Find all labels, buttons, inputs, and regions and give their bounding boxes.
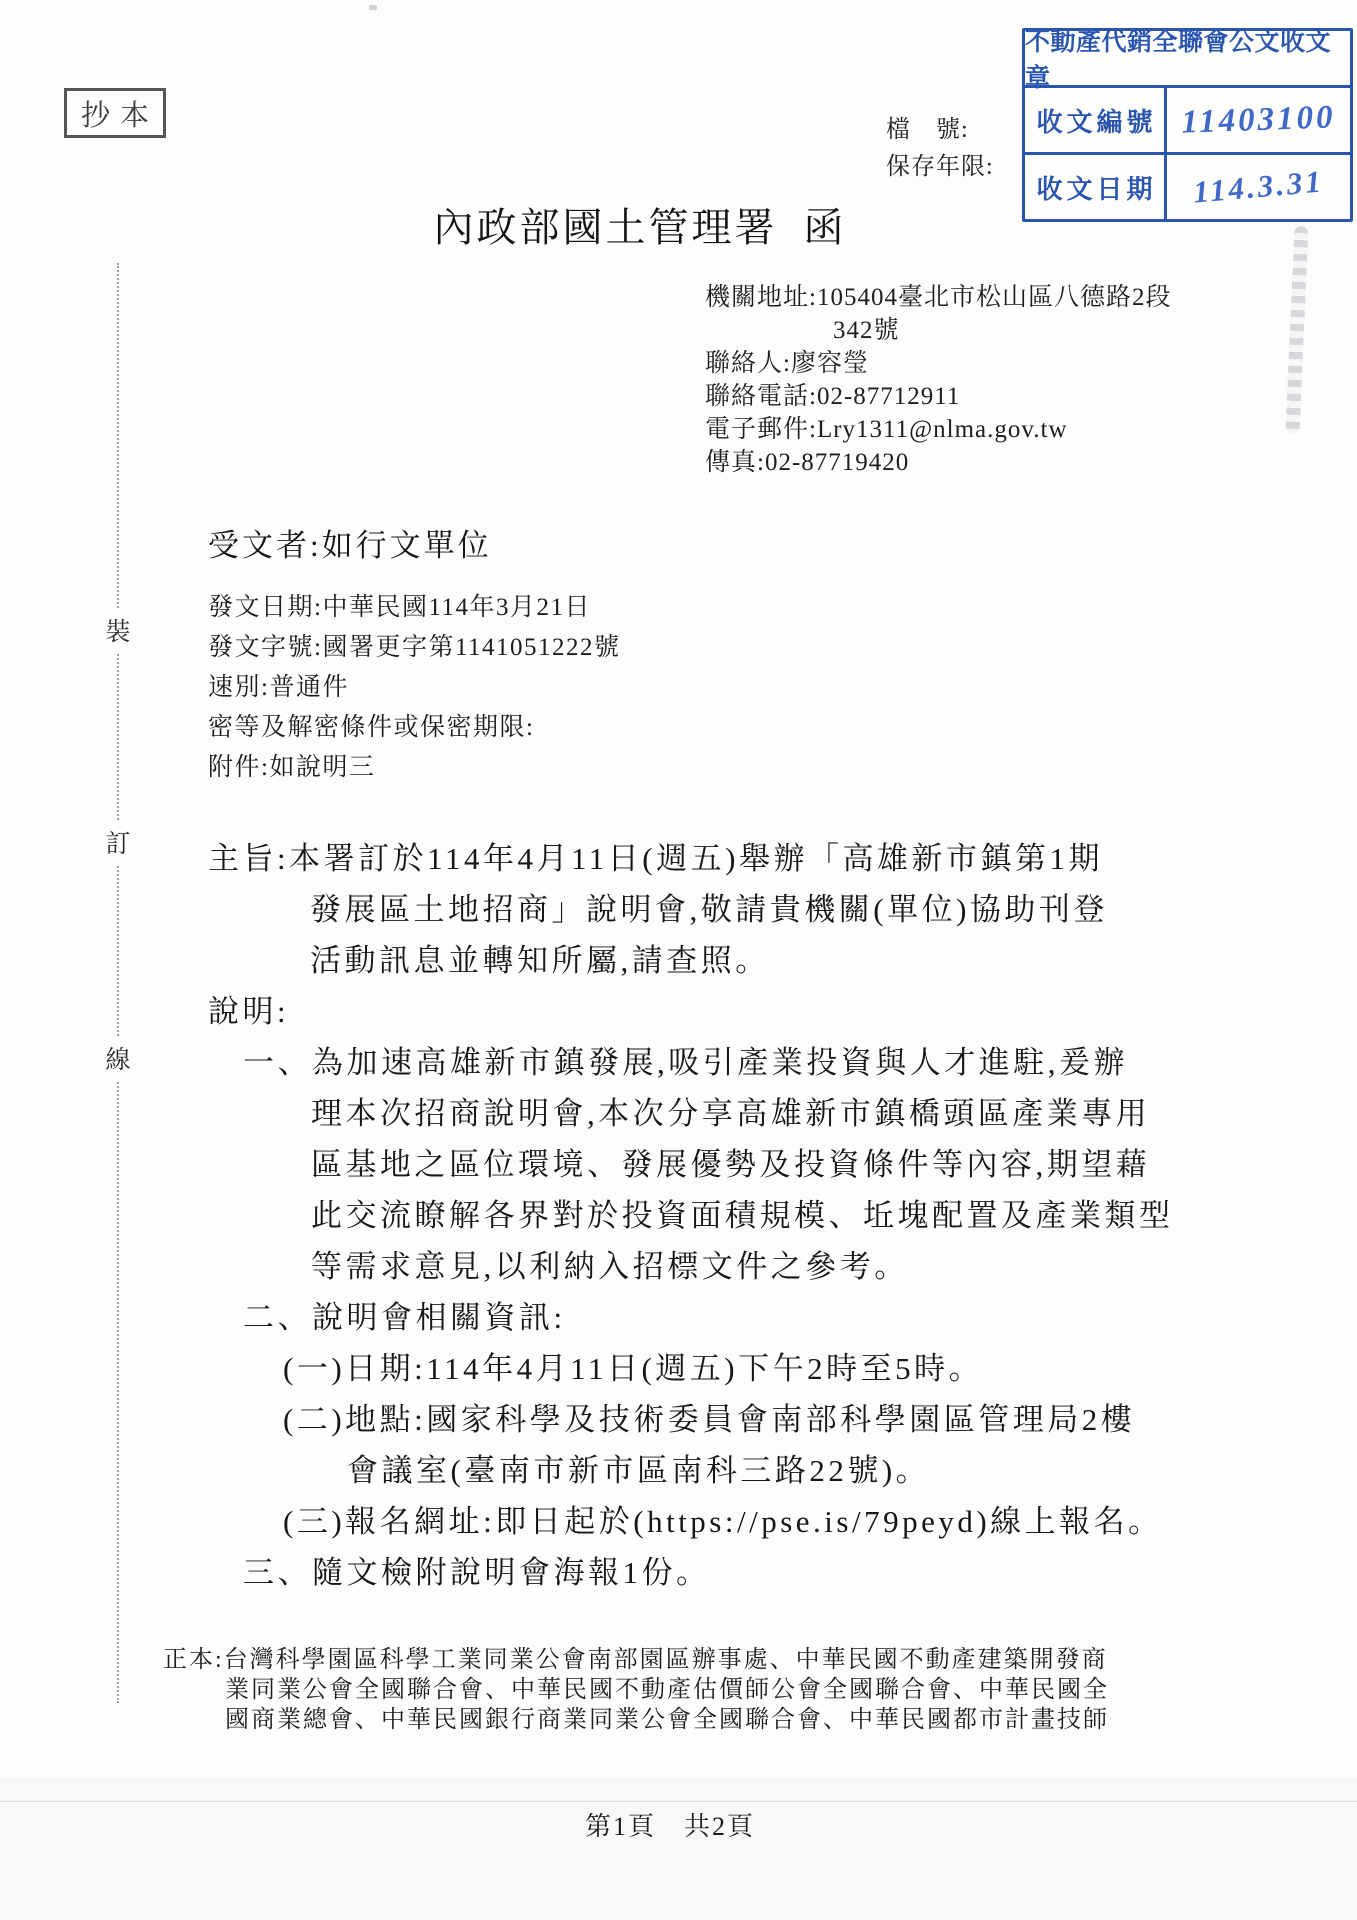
recipient-line: 受文者:如行文單位 [208,520,492,565]
contact-phone-line: 聯絡電話:02-87712911 [705,380,1171,413]
contact-fax-line: 傳真:02-87719420 [705,446,1171,479]
agency-address-line2: 342號 [833,314,1171,347]
binding-mark-ding: 訂 [103,820,133,864]
receipt-stamp-row: 收文日期 114.3.31 [1025,152,1350,219]
page-number-footer: 第1頁 共2頁 [585,1806,755,1843]
explanation-item-1: 一、為加速高雄新市鎮發展,吸引產業投資與人才進駐,爰辦 理本次招商說明會,本次分… [243,1037,1174,1292]
copy-stamp: 抄本 [64,88,166,138]
issuing-agency-name: 內政部國土管理署 [434,205,778,250]
issue-date-line: 發文日期:中華民國114年3月21日 [208,588,621,628]
agency-contact-block: 機關地址:105404臺北市松山區八德路2段 342號 聯絡人:廖容瑩 聯絡電話… [705,281,1171,479]
receipt-stamp-title: 不動產代銷全聯會公文收文章 [1025,31,1350,88]
receipt-number-label: 收文編號 [1025,88,1167,152]
copy-stamp-label: 抄本 [81,93,159,134]
retention-label: 保存年限: [886,149,994,186]
speed-class-line: 速別:普通件 [208,668,621,708]
explanation-item-2: 二、說明會相關資訊: [243,1292,1174,1343]
agency-address-line1: 機關地址:105404臺北市松山區八德路2段 [705,281,1171,314]
faint-ink-smudge [1285,226,1308,434]
contact-email-line: 電子郵件:Lry1311@nlma.gov.tw [705,413,1171,446]
security-class-line: 密等及解密條件或保密期限: [208,708,621,748]
original-recipients-paragraph: 正本:台灣科學園區科學工業同業公會南部園區辦事處、中華民國不動產建築開發商 業同… [163,1645,1109,1735]
explanation-subitem-registration-url: (三)報名網址:即日起於(https://pse.is/79peyd)線上報名。 [283,1496,1174,1547]
doc-number-line: 發文字號:國署更字第1141051222號 [208,628,621,668]
receipt-stamp: 不動產代銷全聯會公文收文章 收文編號 11403100 收文日期 114.3.3… [1022,28,1353,222]
binding-dashed-line [117,263,119,1703]
subject-paragraph: 主旨:本署訂於114年4月11日(週五)舉辦「高雄新市鎮第1期 發展區土地招商」… [208,833,1174,986]
footer-divider-line [0,1801,1357,1802]
receipt-date-handwritten: 114.3.31 [1165,147,1353,227]
explanation-subitem-date: (一)日期:114年4月11日(週五)下午2時至5時。 [283,1343,1174,1394]
binding-mark-xian: 線 [103,1036,133,1080]
document-type-label: 函 [804,205,847,250]
receipt-stamp-row: 收文編號 11403100 [1025,88,1350,152]
explanation-heading: 說明: [208,986,1174,1037]
scan-bottom-shade [0,1778,1357,1920]
scanned-official-letter-page: 抄本 檔 號: 保存年限: 不動產代銷全聯會公文收文章 收文編號 1140310… [0,0,1357,1920]
scan-speck [369,5,377,10]
attachment-line: 附件:如說明三 [208,748,621,788]
file-labels: 檔 號: 保存年限: [886,112,994,186]
binding-mark-zhuang: 裝 [103,608,133,652]
receipt-number-handwritten: 11403100 [1166,85,1351,155]
document-title: 內政部國土管理署函 [340,196,940,253]
receipt-date-label: 收文日期 [1025,155,1167,219]
document-meta-block: 發文日期:中華民國114年3月21日 發文字號:國署更字第1141051222號… [208,588,621,788]
explanation-item-3: 三、隨文檢附說明會海報1份。 [243,1547,1174,1598]
file-no-label: 檔 號: [886,112,994,149]
contact-person-line: 聯絡人:廖容瑩 [705,347,1171,380]
explanation-subitem-location: (二)地點:國家科學及技術委員會南部科學園區管理局2樓 會議室(臺南市新市區南科… [283,1394,1174,1496]
letter-body: 主旨:本署訂於114年4月11日(週五)舉辦「高雄新市鎮第1期 發展區土地招商」… [208,833,1174,1598]
